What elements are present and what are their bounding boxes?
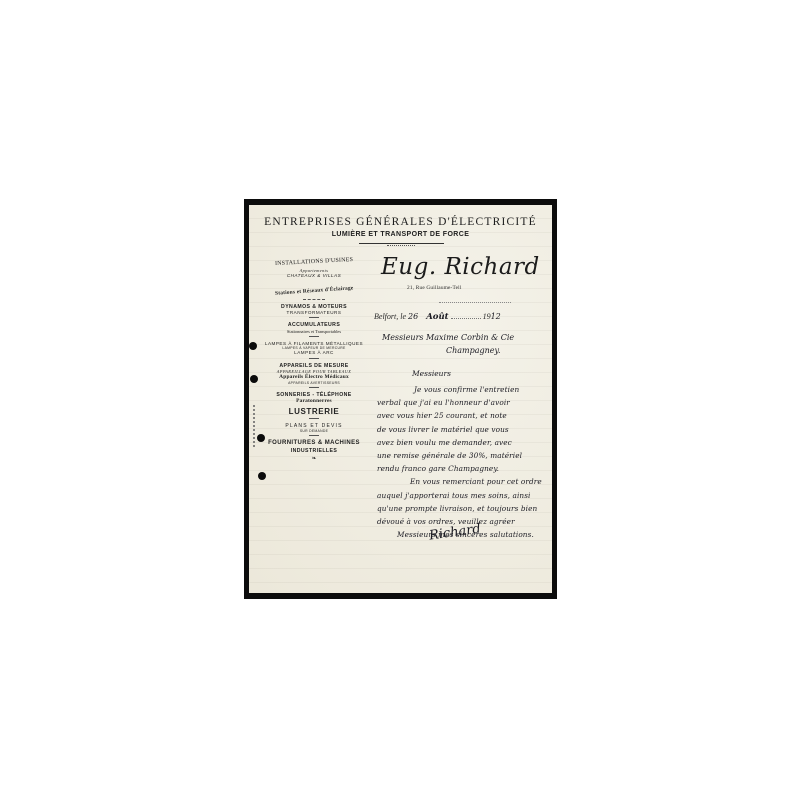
date-month: Août [426, 312, 448, 322]
letter-body-line: une remise générale de 30%, matériel [377, 451, 522, 460]
punch-hole [249, 342, 257, 350]
service-item: Paratonnerres [253, 398, 375, 404]
date-year-prefix: 19 [483, 312, 491, 321]
recipient-town: Champagney. [446, 346, 501, 355]
document-frame: ENTREPRISES GÉNÉRALES D'ÉLECTRICITÉ LUMI… [244, 199, 557, 599]
date-line: Belfort, le 26 Août 1912 [374, 312, 501, 322]
service-item: INDUSTRIELLES [253, 448, 375, 454]
section-separator [309, 387, 319, 389]
letter-body-line: de vous livrer le matériel que vous [377, 425, 509, 434]
section-separator [309, 336, 319, 338]
date-day: 26 [408, 312, 418, 321]
date-year-suffix: 12 [491, 312, 501, 321]
service-item: SUR DEMANDE [253, 429, 375, 433]
service-item: LUSTRERIE [253, 407, 375, 417]
letter-body-line: rendu franco gare Champagney. [377, 464, 499, 473]
address-rule [439, 302, 511, 303]
service-item: INSTALLATIONS D'USINES [275, 257, 353, 268]
section-separator [303, 299, 325, 301]
header-rule-ornament [387, 245, 415, 247]
service-item: Stations et Réseaux d'Éclairage [275, 285, 354, 297]
service-item: Stationnaires et Transportables [253, 329, 375, 334]
letter-body-line: auquel j'apporterai tous mes soins, ains… [377, 491, 530, 500]
letterhead-subtitle: LUMIÈRE ET TRANSPORT DE FORCE [249, 231, 552, 238]
place-label: Belfort, le [374, 312, 406, 321]
service-item: TRANSFORMATEURS [253, 310, 375, 316]
section-separator [309, 317, 319, 319]
section-separator [309, 435, 319, 437]
letterhead-title: ENTREPRISES GÉNÉRALES D'ÉLECTRICITÉ [249, 216, 552, 228]
punch-hole [250, 375, 258, 383]
section-separator [309, 418, 319, 420]
date-fill-line [451, 312, 481, 319]
service-item: APPAREILS AVERTISSEURS [253, 381, 375, 385]
letter-body-line: Je vous confirme l'entretien [414, 385, 519, 394]
letter-paper: ENTREPRISES GÉNÉRALES D'ÉLECTRICITÉ LUMI… [249, 205, 552, 593]
letter-body-line: qu'une prompte livraison, et toujours bi… [377, 504, 537, 513]
punch-hole [257, 434, 265, 442]
punch-hole [258, 472, 266, 480]
letter-body-line: avez bien voulu me demander, avec [377, 438, 512, 447]
header-rule [359, 243, 444, 244]
letter-body-line: dévoué à vos ordres, veuillez agréer [377, 517, 515, 526]
recipient-name: Messieurs Maxime Corbin & Cie [382, 333, 514, 342]
service-item: FOURNITURES & MACHINES [253, 440, 375, 447]
letter-body-line: En vous remerciant pour cet ordre [410, 477, 542, 486]
service-item: CHATEAUX & VILLAS [253, 273, 375, 279]
company-address: 21, Rue Guillaume-Tell [407, 285, 462, 291]
letter-body-line: avec vous hier 25 courant, et note [377, 411, 507, 420]
fleuron-ornament-icon: ❧ [253, 456, 375, 462]
salutation: Messieurs [412, 369, 451, 378]
letter-body-line: verbal que j'ai eu l'honneur d'avoir [377, 398, 510, 407]
brand-name: Eug. Richard [381, 254, 540, 280]
section-separator [309, 358, 319, 360]
service-item: LAMPES À ARC [253, 350, 375, 356]
services-list: INSTALLATIONS D'USINESAppartementsCHATEA… [253, 250, 375, 462]
